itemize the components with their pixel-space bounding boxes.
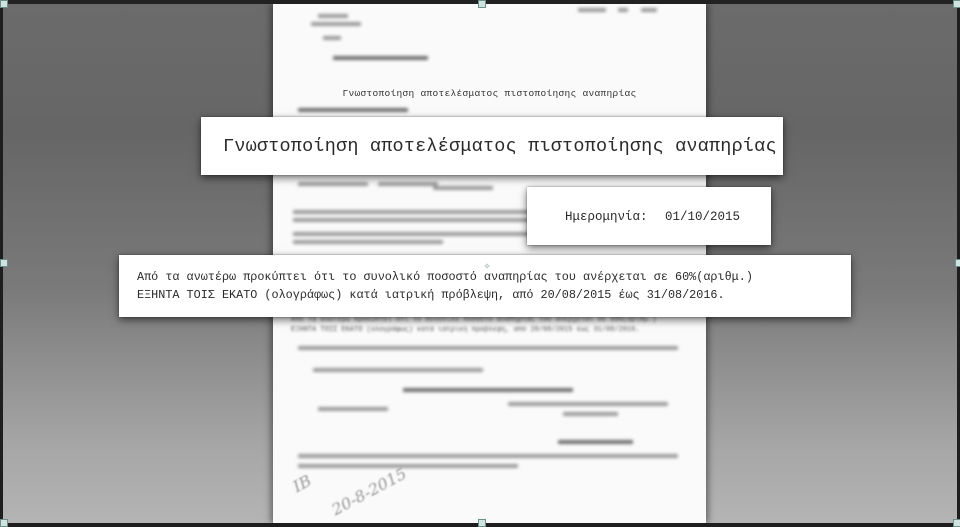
resize-handle-top-left[interactable] bbox=[0, 0, 8, 8]
resize-handle-left[interactable] bbox=[0, 259, 8, 267]
handwritten-initials: IB bbox=[290, 471, 315, 496]
resize-handle-right[interactable] bbox=[955, 259, 960, 267]
canvas: Γνωστοποίηση αποτελέσματος πιστοποίησης … bbox=[3, 4, 957, 523]
callout-title-text: Γνωστοποίηση αποτελέσματος πιστοποίησης … bbox=[223, 136, 777, 157]
resize-handle-top-right[interactable] bbox=[953, 0, 960, 8]
result-line-2: ΕΞΗΝΤΑ ΤΟΙΣ ΕΚΑΤΟ (ολογράφως) κατά ιατρι… bbox=[137, 288, 725, 302]
title-callout: Γνωστοποίηση αποτελέσματος πιστοποίησης … bbox=[201, 117, 783, 175]
date-value: 01/10/2015 bbox=[665, 210, 740, 224]
date-callout: Ημερομηνία: 01/10/2015 bbox=[527, 187, 771, 245]
resize-handle-bottom[interactable] bbox=[478, 519, 486, 527]
page-result-line-2: ΕΞΗΝΤΑ ΤΟΙΣ ΕΚΑΤΟ (ολογράφως) κατά ιατρι… bbox=[291, 326, 640, 334]
crosshair-icon: ✧ bbox=[482, 262, 492, 272]
page-heading: Γνωστοποίηση αποτελέσματος πιστοποίησης … bbox=[273, 88, 706, 99]
handwritten-date: 20-8-2015 bbox=[328, 464, 409, 519]
date-label: Ημερομηνία: bbox=[565, 210, 648, 224]
page-result-line-1: Από τα ανωτέρω προκύπτει ότι το συνολικό… bbox=[291, 316, 656, 324]
resize-handle-top[interactable] bbox=[478, 0, 486, 8]
resize-handle-bottom-left[interactable] bbox=[0, 519, 8, 527]
resize-handle-bottom-right[interactable] bbox=[953, 519, 960, 527]
result-line-1: Από τα ανωτέρω προκύπτει ότι το συνολικό… bbox=[137, 270, 753, 284]
